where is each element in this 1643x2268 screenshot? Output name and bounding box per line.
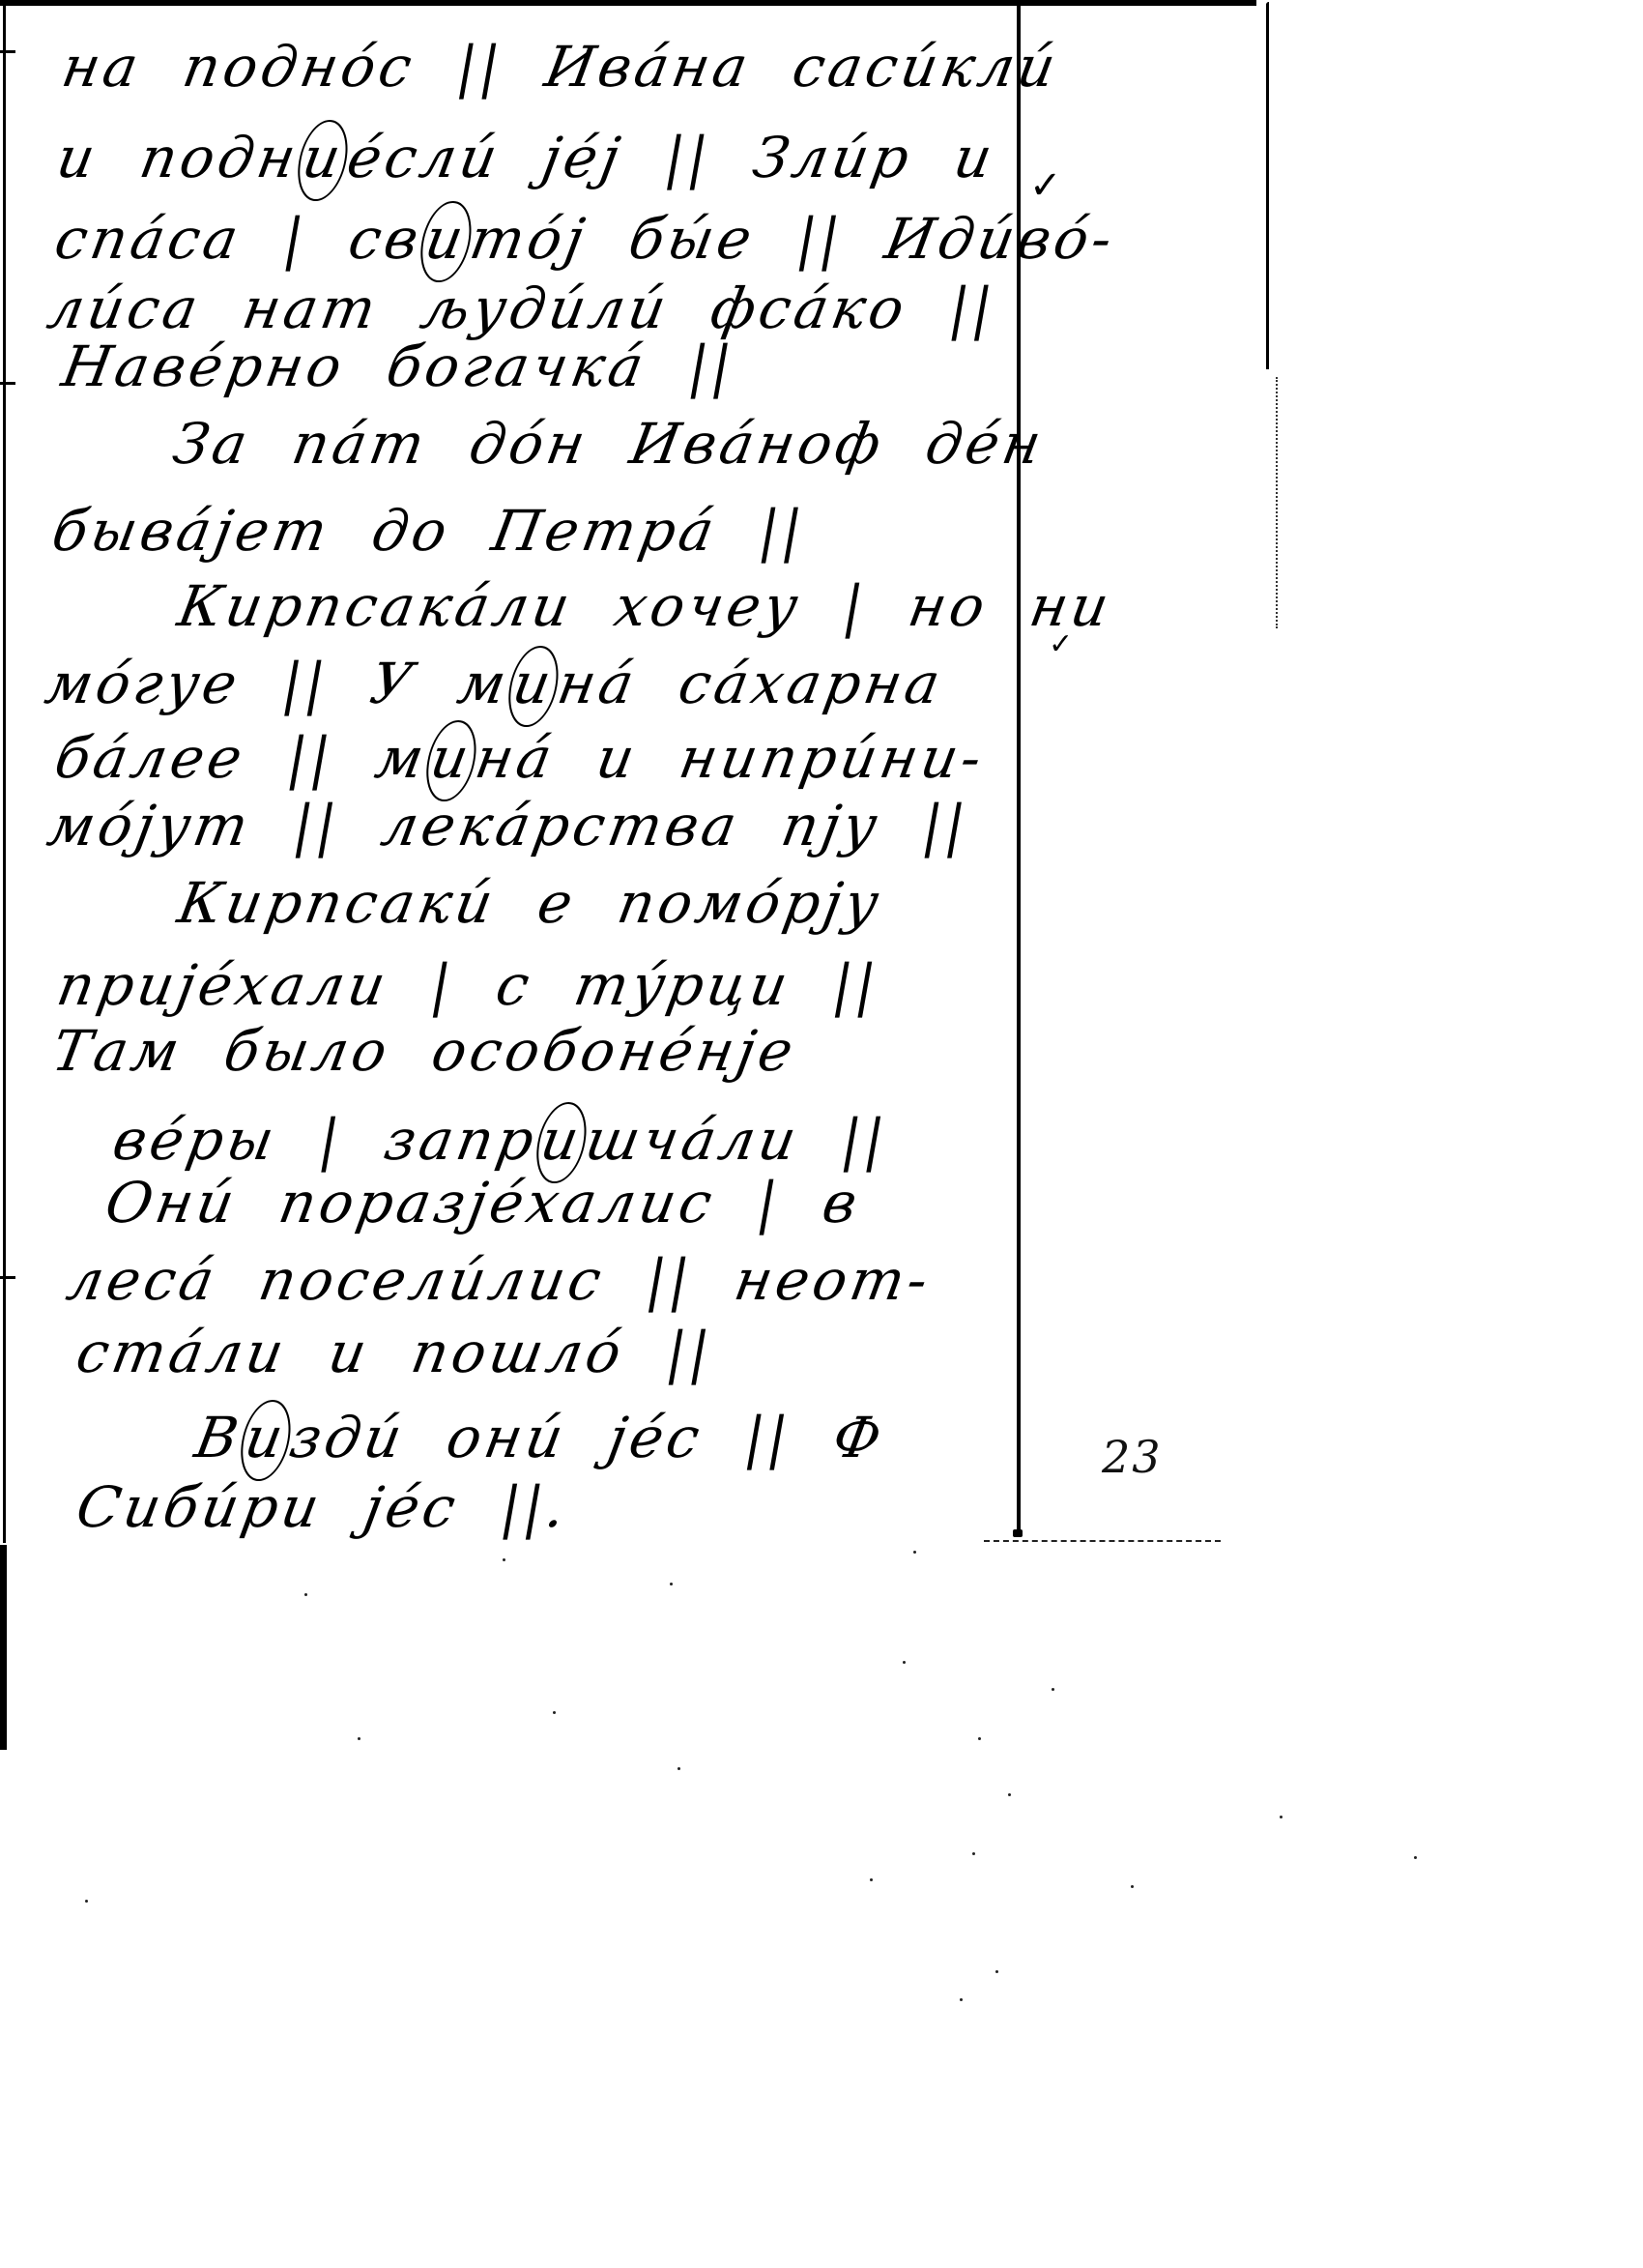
page-edge: [1266, 2, 1269, 369]
line-text: Кирпсакáли хочеу | но ни: [173, 573, 1117, 639]
manuscript-line-13: пријéхали | с тýрци ||: [53, 957, 884, 1013]
line-text: тóј бы́е || Иди́вó-: [465, 206, 1120, 272]
line-text: е́сли́ јéј || Зли́р и: [342, 125, 1000, 190]
line-text: ли́са нат људи́ли́ фсáко ||: [43, 276, 1001, 341]
line-text: стáли и пошлó ||: [72, 1320, 718, 1385]
scan-speck: [503, 1558, 505, 1561]
scan-speck: [1052, 1688, 1054, 1691]
line-text: мóјут || лекáрства пју ||: [43, 793, 974, 858]
scan-speck: [1008, 1793, 1011, 1796]
manuscript-line-19: Визди́ они́ јéс || Ф: [188, 1400, 891, 1481]
manuscript-line-8: Кирпсакáли хочеу | но ни: [174, 578, 1116, 634]
line-text: зди́ они́ јéс || Ф: [285, 1405, 890, 1470]
line-text: нá и нипри́ни-: [471, 725, 991, 791]
scan-speck: [913, 1551, 916, 1554]
manuscript-line-1: на поднóс || Ивáна саси́кли́: [58, 39, 1063, 95]
scan-speck: [85, 1900, 88, 1903]
line-text: Сиби́ри јéс ||.: [72, 1474, 574, 1540]
manuscript-line-18: стáли и пошлó ||: [72, 1324, 717, 1381]
scan-speck: [1280, 1816, 1283, 1818]
line-text: бáлее || м: [50, 725, 433, 791]
checkmark-icon: ✓: [1029, 166, 1062, 205]
manuscript-line-9: мóгуе || У минá сáхарна: [39, 646, 949, 727]
line-text: бывáјет до Петрá ||: [47, 498, 811, 564]
manuscript-line-2: и подние́сли́ јéј || Зли́р и: [50, 120, 1001, 201]
scan-speck: [978, 1737, 981, 1740]
left-edge-tick: [0, 1276, 15, 1279]
line-text: на поднóс || Ивáна саси́кли́: [57, 34, 1064, 100]
scan-speck: [553, 1711, 556, 1714]
margin-rule-end: [1013, 1529, 1023, 1537]
manuscript-line-14: Там было особонéнје: [48, 1023, 801, 1079]
scan-speck: [358, 1737, 360, 1740]
scan-speck: [1414, 1856, 1417, 1859]
page-bottom-edge: [984, 1540, 1221, 1542]
scan-speck: [995, 1970, 998, 1973]
manuscript-line-4: ли́са нат људи́ли́ фсáко ||: [43, 280, 1000, 336]
line-text: Кирпсаки́ е помóрју: [173, 870, 887, 936]
scan-speck: [670, 1583, 673, 1585]
scan-speck: [677, 1767, 680, 1770]
manuscript-line-12: Кирпсаки́ е помóрју: [174, 875, 886, 931]
scan-speck: [1131, 1885, 1134, 1888]
line-text: мóгуе || У м: [41, 651, 515, 716]
manuscript-line-16: Они́ поразјéхалис | в: [101, 1175, 865, 1231]
scan-speck: [870, 1878, 873, 1881]
line-text: шчáли ||: [581, 1107, 893, 1173]
scan-speck: [972, 1852, 975, 1855]
line-text: спáса | св: [50, 206, 427, 272]
scan-speck: [304, 1593, 307, 1596]
line-text: пријéхали | с тýрци ||: [52, 952, 884, 1018]
line-text: вéры | запр: [108, 1107, 543, 1173]
line-text: лесá посели́лис || неот-: [62, 1247, 937, 1313]
page-number: 23: [1102, 1431, 1163, 1483]
manuscript-line-20: Сиби́ри јéс ||.: [72, 1479, 573, 1535]
left-edge-tick: [0, 382, 15, 385]
page-edge-faint: [1276, 377, 1278, 628]
scan-left-dark-bar: [0, 1545, 7, 1750]
line-text: и подн: [52, 125, 304, 190]
manuscript-line-11: мóјут || лекáрства пју ||: [43, 798, 973, 854]
scan-left-edge: [3, 6, 6, 1543]
manuscript-line-10: бáлее || минá и нипри́ни-: [48, 720, 991, 801]
manuscript-line-17: лесá посели́лис || неот-: [63, 1252, 936, 1308]
line-text: Навéрно богачкá ||: [57, 334, 740, 399]
line-text: Они́ поразјéхалис | в: [101, 1170, 866, 1236]
line-text: За пáт дóн Ивáноф дéн: [168, 411, 1050, 477]
scan-speck: [960, 1998, 963, 2001]
manuscript-line-3: спáса | свитóј бы́е || Иди́вó-: [48, 201, 1122, 282]
manuscript-line-5: Навéрно богачкá ||: [58, 338, 739, 394]
scanned-page: на поднóс || Ивáна саси́кли́ и подние́сл…: [0, 0, 1643, 2268]
scan-speck: [903, 1661, 906, 1664]
line-text: В: [190, 1405, 247, 1470]
line-text: Там было особонéнје: [47, 1018, 801, 1084]
scan-top-edge: [0, 0, 1256, 6]
checkmark-icon: ✓: [1049, 630, 1073, 659]
manuscript-line-7: бывáјет до Петрá ||: [48, 503, 810, 559]
manuscript-line-6: За пáт дóн Ивáноф дéн: [169, 416, 1049, 472]
line-text: нá сáхарна: [553, 651, 948, 716]
left-edge-tick: [0, 50, 15, 53]
